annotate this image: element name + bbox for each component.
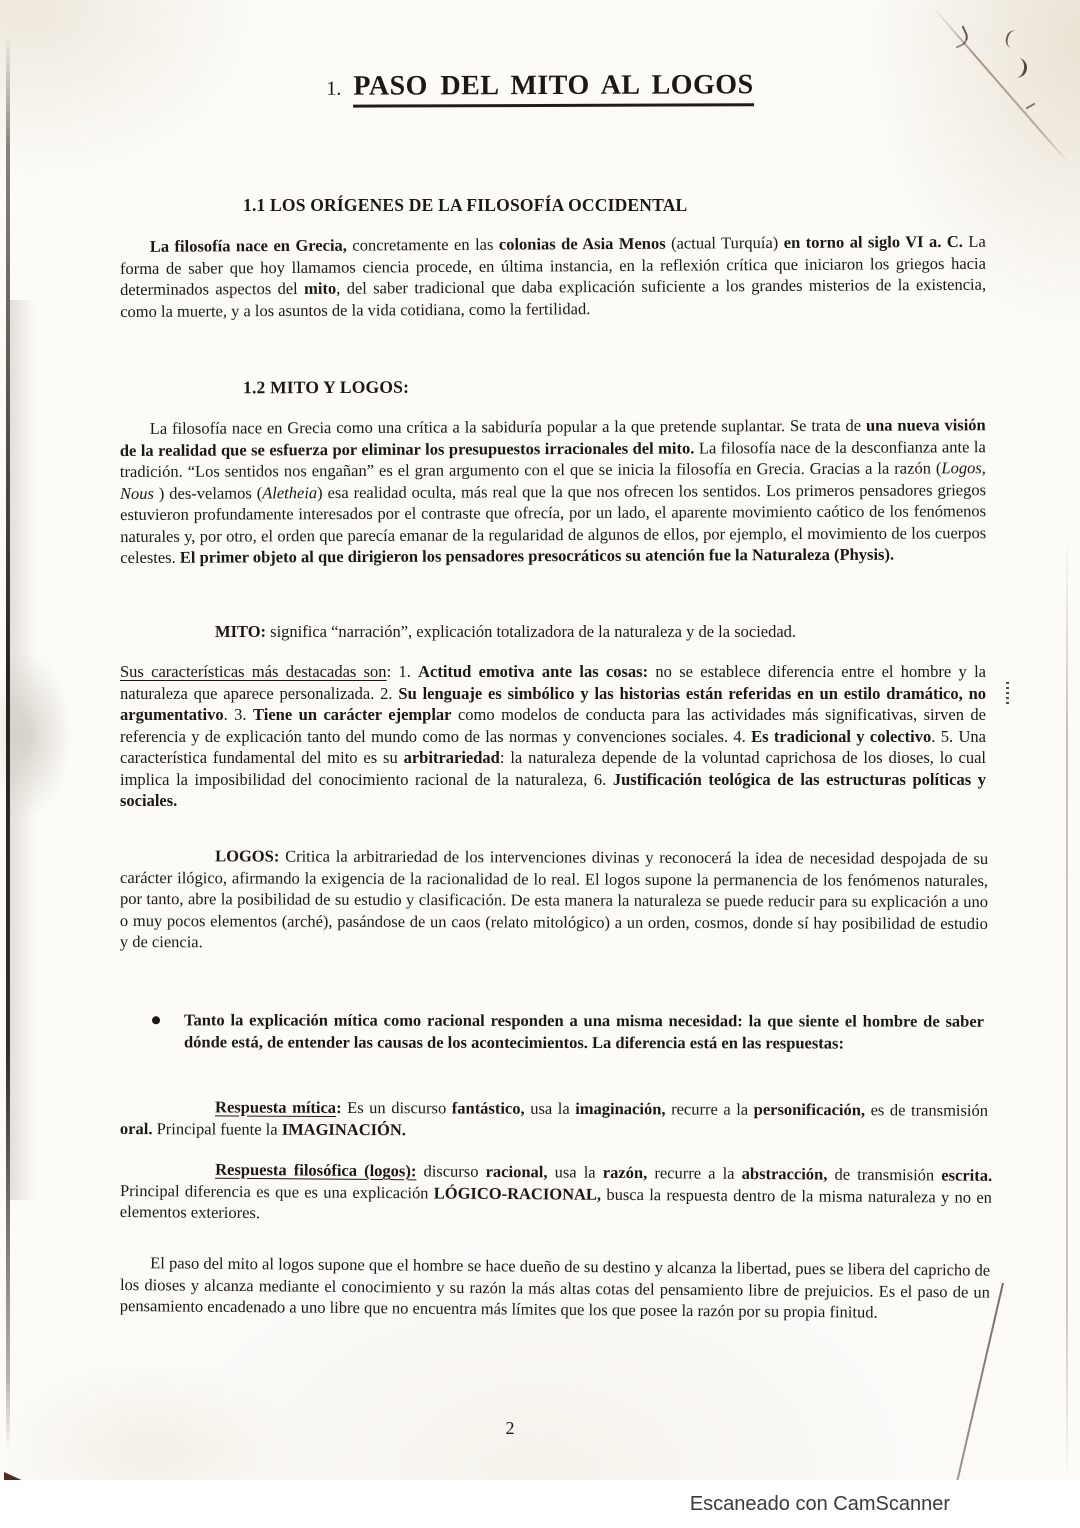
heading-origenes-filosofia: 1.1 LOS ORÍGENES DE LA FILOSOFÍA OCCIDEN… [243,195,687,216]
scan-edge-left-shadow [10,300,36,1200]
bullet-paragraph: Tanto la explicación mítica como raciona… [184,1009,984,1054]
paragraph-respuesta-mitica: Respuesta mítica: Es un discurso fantást… [120,1096,988,1143]
title-text: PASO DEL MITO AL LOGOS [353,69,753,107]
paragraph-definicion-logos: LOGOS: Critica la arbitrariedad de los i… [120,845,988,956]
paragraph-definicion-mito: MITO: significa “narración”, explicación… [120,621,1000,643]
handwriting-mark-icon [949,25,971,48]
paragraph-respuesta-filosofica: Respuesta filosófica (logos): discurso r… [120,1158,992,1229]
title-number: 1. [326,78,341,101]
heading-mito-y-logos: 1.2 MITO Y LOGOS: [243,377,409,399]
page-number: 2 [0,1418,1020,1439]
page-title: 1. PASO DEL MITO AL LOGOS [0,68,1080,109]
camscanner-footer: Escaneado con CamScanner [0,1480,1080,1528]
bullet-item-necesidad: Tanto la explicación mítica como raciona… [152,1009,992,1054]
scanner-credit-label: Escaneado con CamScanner [690,1493,950,1516]
paragraph-paso-mito-logos: El paso del mito al logos supone que el … [120,1252,991,1324]
scanned-page: 1. PASO DEL MITO AL LOGOS 1.1 LOS ORÍGEN… [0,0,1080,1484]
bullet-icon [152,1016,160,1024]
paragraph-origenes: La filosofía nace en Grecia, concretamen… [120,231,987,322]
paragraph-mito-logos: La filosofía nace en Grecia como una crí… [120,414,987,568]
scan-edge-left [6,35,10,1450]
paper-fold-right [1066,535,1068,1484]
paragraph-caracteristicas-mito: Sus características más destacadas son: … [120,661,986,812]
ink-dots-mark [1006,682,1009,704]
handwriting-mark-icon [1004,29,1020,49]
